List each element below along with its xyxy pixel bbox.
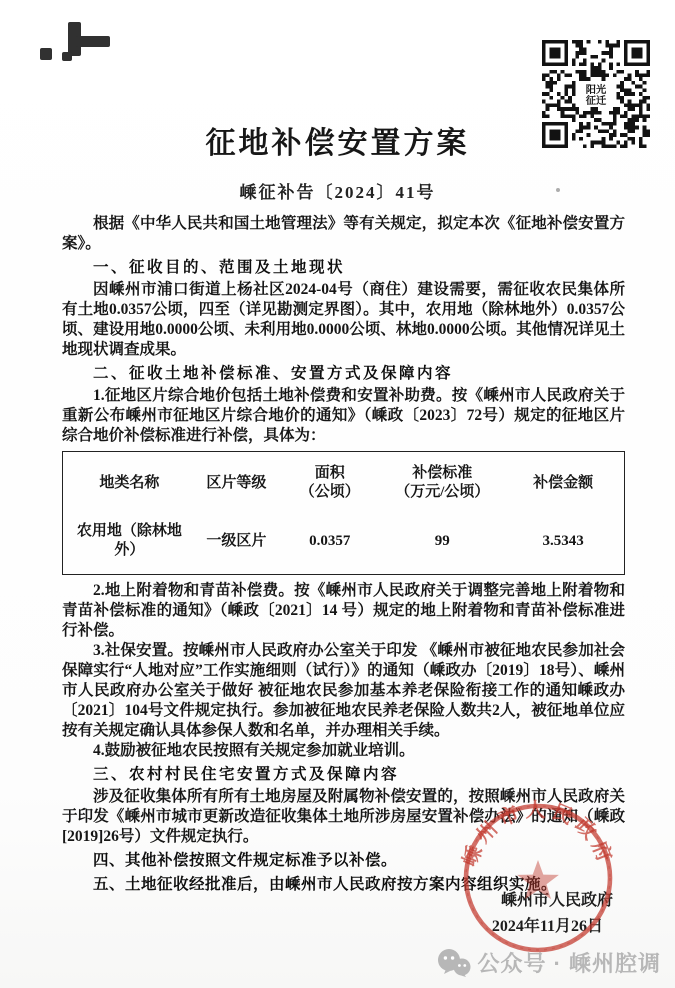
section1-body: 因嵊州市浦口街道上杨社区2024-04号（商住）建设需要，需征收农民集体所有土地…: [62, 280, 625, 360]
cell-land-type: 农用地（除林地外）: [69, 522, 190, 560]
watermark-text: 公众号 · 嵊州腔调: [477, 947, 661, 978]
col-header-amount: 补偿金额: [508, 474, 618, 493]
section4-heading: 四、其他补偿按照文件规定标准予以补偿。: [62, 850, 625, 871]
cell-area: 0.0357: [283, 532, 376, 551]
col-header-area: 面积 （公顷）: [283, 464, 376, 502]
section2-item1: 1.征地区片综合地价包括土地补偿费和安置补助费。按《嵊州市人民政府关于重新公布嵊…: [62, 386, 625, 446]
section2-item3: 3.社保安置。按嵊州市人民政府办公室关于印发 《嵊州市被征地农民参加社会保障实行…: [62, 641, 625, 741]
page-title: 征地补偿安置方案: [0, 118, 675, 162]
col-header-standard: 补偿标准 （万元/公顷）: [376, 464, 508, 502]
signature-org: 嵊州市人民政府: [62, 888, 613, 914]
document-body: 根据《中华人民共和国土地管理法》等有关规定，拟定本次《征地补偿安置方案》。 一、…: [62, 214, 625, 897]
svg-text:阳光: 阳光: [586, 83, 607, 96]
section2-item2: 2.地上附着物和青苗补偿费。按《嵊州市人民政府关于调整完善地上附着物和青苗补偿标…: [62, 581, 625, 641]
paper-speck: [556, 188, 560, 192]
signature-date: 2024年11月26日: [62, 914, 613, 940]
svg-text:征迁: 征迁: [585, 94, 607, 107]
cell-zone-level: 一级区片: [190, 532, 283, 551]
wechat-icon: [437, 948, 471, 978]
section2-heading: 二、征收土地补偿标准、安置方式及保障内容: [62, 363, 625, 384]
section3-body: 涉及征收集体所有所有土地房屋及附属物补偿安置的，按照嵊州市人民政府关于印发《嵊州…: [62, 787, 625, 847]
section3-heading: 三、农村村民住宅安置方式及保障内容: [62, 764, 625, 785]
col-header-land-type: 地类名称: [69, 474, 190, 493]
cell-amount: 3.5343: [508, 532, 618, 551]
doc-number: 嵊征补告〔2024〕41号: [0, 178, 675, 203]
cell-standard: 99: [376, 532, 508, 551]
ink-smudge: [32, 20, 124, 72]
section1-heading: 一、征收目的、范围及土地现状: [62, 257, 625, 278]
table-row: 农用地（除林地外） 一级区片 0.0357 99 3.5343: [69, 522, 618, 560]
col-header-zone-level: 区片等级: [190, 474, 283, 493]
watermark: 公众号 · 嵊州腔调: [437, 947, 661, 978]
intro-paragraph: 根据《中华人民共和国土地管理法》等有关规定，拟定本次《征地补偿安置方案》。: [62, 214, 625, 254]
compensation-table: 地类名称 区片等级 面积 （公顷） 补偿标准 （万元/公顷） 补偿金额 农用地（…: [62, 451, 625, 575]
table-header-row: 地类名称 区片等级 面积 （公顷） 补偿标准 （万元/公顷） 补偿金额: [69, 464, 618, 502]
section2-item4: 4.鼓励被征地农民按照有关规定参加就业培训。: [62, 741, 625, 761]
document-page: 阳光征迁 征地补偿安置方案 嵊征补告〔2024〕41号 根据《中华人民共和国土地…: [0, 0, 675, 988]
signature-block: 嵊州市人民政府 2024年11月26日: [62, 888, 625, 940]
